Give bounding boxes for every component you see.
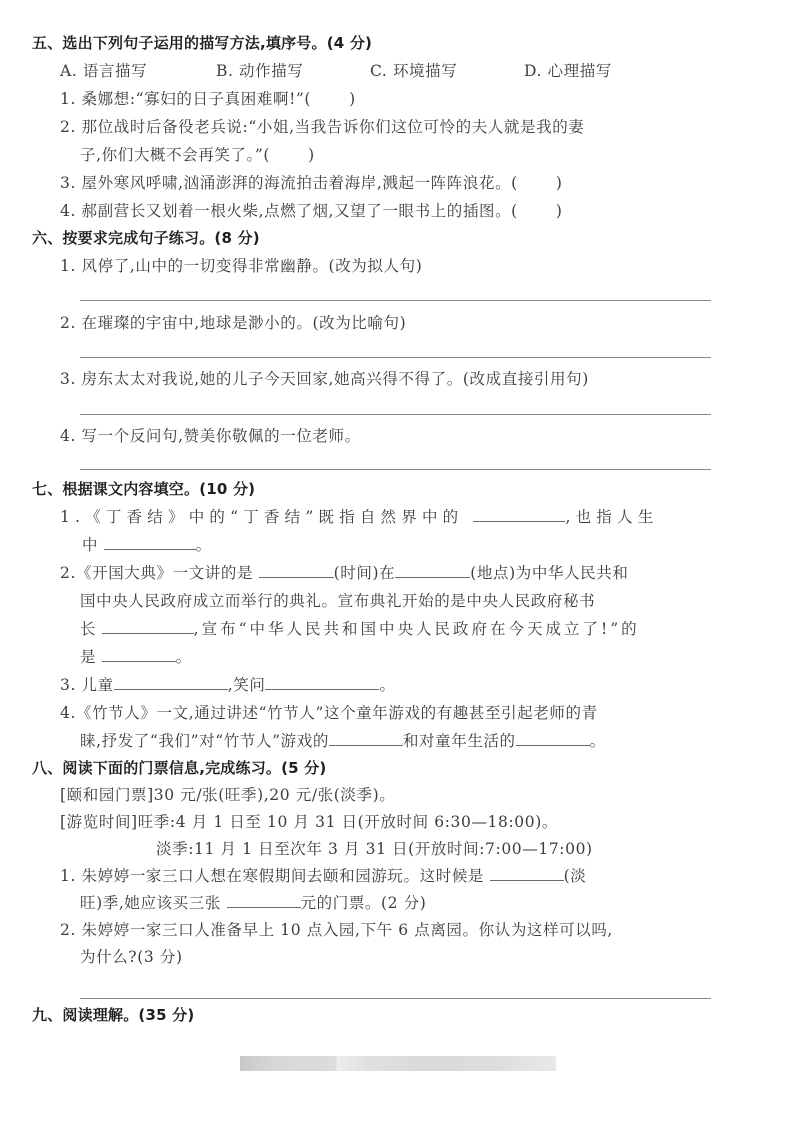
blank-input[interactable] (102, 648, 176, 662)
blank-input[interactable] (329, 732, 403, 746)
blank-input[interactable] (265, 676, 379, 690)
s7-q2-line4: 是 。 (80, 645, 192, 667)
option-c: C. 环境描写 (370, 59, 457, 81)
option-b: B. 动作描写 (216, 59, 303, 81)
ticket-price-info: [颐和园门票]30 元/张(旺季),20 元/张(淡季)。 (60, 783, 395, 805)
answer-line-4[interactable] (80, 469, 711, 470)
s6-item-2: 2. 在璀璨的宇宙中,地球是渺小的。(改为比喻句) (60, 311, 406, 333)
blank-input[interactable] (516, 732, 590, 746)
s8-q1-line1: 1. 朱婷婷一家三口人想在寒假期间去颐和园游玩。这时候是 (淡 (60, 864, 586, 886)
s5-item-2: 2. 那位战时后备役老兵说:“小姐,当我告诉你们这位可怜的夫人就是我的妻 (60, 115, 584, 137)
s6-item-3: 3. 房东太太对我说,她的儿子今天回家,她高兴得不得了。(改成直接引用句) (60, 367, 589, 389)
s5-item-1: 1. 桑娜想:“寡妇的日子真困难啊!”() (60, 87, 356, 109)
answer-line-1[interactable] (80, 300, 711, 301)
blank-input[interactable] (473, 508, 565, 522)
option-a: A. 语言描写 (60, 59, 147, 81)
s7-q1-line2: 中 。 (82, 533, 212, 555)
s6-item-1: 1. 风停了,山中的一切变得非常幽静。(改为拟人句) (60, 254, 422, 276)
blank-input[interactable] (259, 564, 334, 578)
s8-q2-line2: 为什么?(3 分) (80, 945, 183, 967)
section5-title: 五、选出下列句子运用的描写方法,填序号。(4 分) (32, 32, 372, 53)
section9-title: 九、阅读理解。(35 分) (32, 1004, 194, 1025)
s7-q2-line1: 2.《开国大典》一文讲的是 (时间)在(地点)为中华人民共和 (60, 561, 628, 583)
blank-input[interactable] (102, 620, 194, 634)
visit-time-peak: [游览时间]旺季:4 月 1 日至 10 月 31 日(开放时间 6:30—18… (60, 810, 558, 832)
s7-q1-line1: 1.《丁香结》中的“丁香结”既指自然界中的 ,也指人生 (60, 505, 658, 527)
section8-title: 八、阅读下面的门票信息,完成练习。(5 分) (32, 757, 326, 778)
answer-line-3[interactable] (80, 414, 711, 415)
s8-q2-line1: 2. 朱婷婷一家三口人准备早上 10 点入园,下午 6 点离园。你认为这样可以吗… (60, 918, 613, 940)
blank-input[interactable] (490, 867, 564, 881)
blank-input[interactable] (395, 564, 470, 578)
answer-line-2[interactable] (80, 357, 711, 358)
answer-line-5[interactable] (80, 998, 711, 999)
s7-q4-line1: 4.《竹节人》一文,通过讲述“竹节人”这个童年游戏的有趣甚至引起老师的青 (60, 701, 598, 723)
blank-input[interactable] (114, 676, 228, 690)
s7-q4-line2: 睐,抒发了“我们”对“竹节人”游戏的和对童年生活的。 (80, 729, 606, 751)
s5-item-3: 3. 屋外寒风呼啸,汹涌澎湃的海流拍击着海岸,溅起一阵阵浪花。() (60, 171, 562, 193)
blank-input[interactable] (227, 894, 301, 908)
s7-q3: 3. 儿童,笑问。 (60, 673, 396, 695)
visit-time-offpeak: 淡季:11 月 1 日至次年 3 月 31 日(开放时间:7:00—17:00) (156, 837, 593, 859)
s7-q2-line3: 长 ,宣布“中华人民共和国中央人民政府在今天成立了!”的 (80, 617, 640, 639)
s8-q1-line2: 旺)季,她应该买三张 元的门票。(2 分) (80, 891, 426, 913)
s7-q2-line2: 国中央人民政府成立而举行的典礼。宣布典礼开始的是中央人民政府秘书 (80, 589, 595, 611)
blank-input[interactable] (104, 536, 196, 550)
blurred-footer-watermark (240, 1056, 556, 1071)
section6-title: 六、按要求完成句子练习。(8 分) (32, 227, 260, 248)
s5-item-2-cont: 子,你们大概不会再笑了。”() (80, 143, 315, 165)
s6-item-4: 4. 写一个反问句,赞美你敬佩的一位老师。 (60, 424, 361, 446)
option-d: D. 心理描写 (524, 59, 612, 81)
section7-title: 七、根据课文内容填空。(10 分) (32, 478, 255, 499)
s5-item-4: 4. 郝副营长又划着一根火柴,点燃了烟,又望了一眼书上的插图。() (60, 199, 562, 221)
